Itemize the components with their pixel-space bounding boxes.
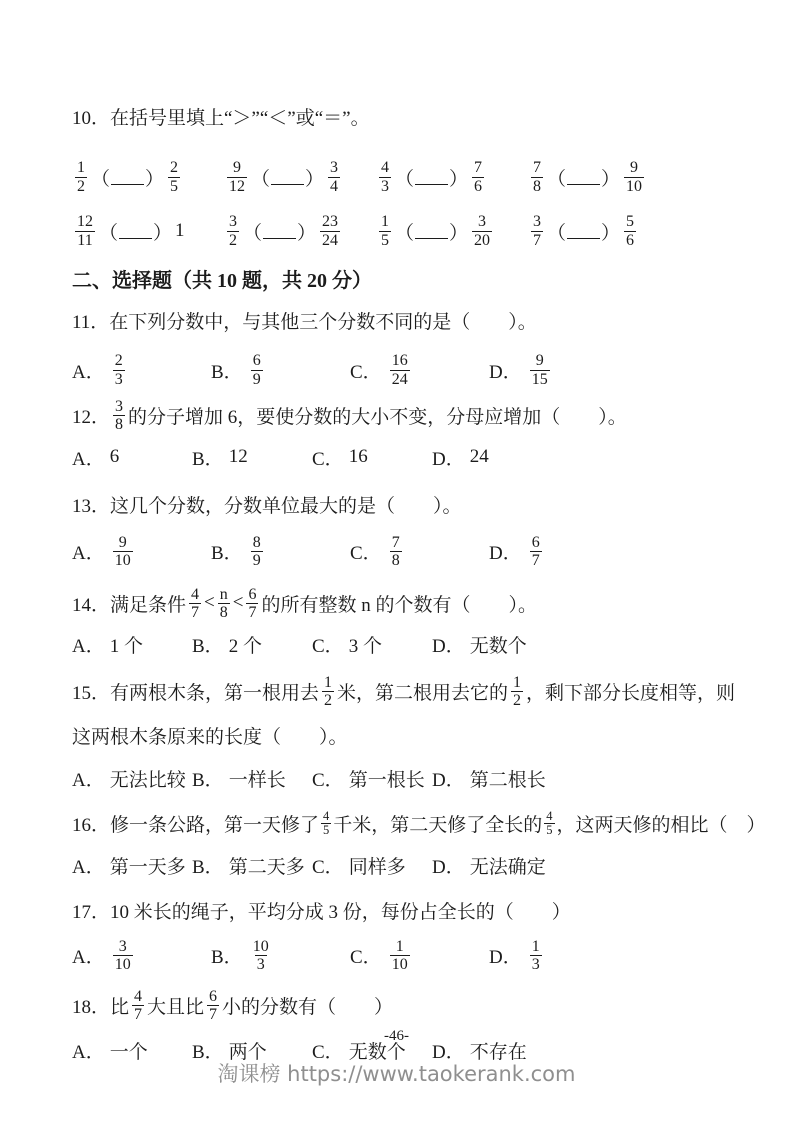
option-label: D．	[432, 631, 465, 658]
option-a: A．1 个	[72, 631, 192, 658]
section-heading: 二、选择题（共 10 题，共 20 分）	[72, 264, 767, 293]
option-value: 第一天多	[110, 852, 186, 879]
numerator: 6	[251, 352, 263, 369]
option-label: A．	[72, 538, 105, 565]
denominator: 24	[390, 370, 410, 388]
right-fraction: 2324	[320, 213, 340, 249]
left-fraction: 78	[531, 159, 543, 195]
question-17-options: A．310 B．103 C．110 D．13	[72, 934, 767, 978]
numerator: 4	[544, 810, 554, 824]
question-text: 18．比	[72, 992, 129, 1019]
option-b: B．第二天多	[192, 852, 312, 879]
left-fraction: 15	[379, 213, 391, 249]
right-fraction: 34	[328, 159, 340, 195]
question-text: 的分子增加 6，要使分数的大小不变，分母应增加（ ）。	[128, 402, 627, 429]
numerator: 6	[246, 586, 258, 603]
numerator: 8	[251, 534, 263, 551]
numerator: 3	[113, 398, 125, 415]
denominator: 7	[189, 603, 201, 621]
option-fraction: 310	[113, 938, 133, 974]
question-12-options: A．6 B．12 C．16 D．24	[72, 444, 767, 471]
numerator: 23	[320, 213, 340, 230]
option-d: D．无数个	[432, 631, 552, 658]
paren-close: ）	[449, 218, 468, 245]
option-value: 12	[229, 446, 248, 468]
option-a: A．第一天多	[72, 852, 192, 879]
left-fraction: 912	[227, 159, 247, 195]
right-fraction: 320	[472, 213, 492, 249]
question-15-text-line2: 这两根木条原来的长度（ ）。	[72, 722, 767, 749]
option-fraction: 23	[113, 352, 125, 388]
inline-fraction: 67	[207, 988, 219, 1024]
numerator: 2	[168, 159, 180, 176]
right-fraction: 910	[624, 159, 644, 195]
option-label: B．	[211, 942, 243, 969]
option-value: 一样长	[229, 765, 286, 792]
option-label: B．	[192, 631, 224, 658]
page-number: -46-	[0, 1028, 793, 1045]
inline-fraction: 45	[321, 810, 331, 838]
denominator: 2	[227, 231, 239, 249]
denominator: 9	[251, 370, 263, 388]
question-text: ，剩下部分长度相等，则	[526, 678, 735, 705]
option-label: D．	[432, 765, 465, 792]
denominator: 5	[321, 823, 331, 838]
paren-open: （	[547, 218, 566, 245]
left-fraction: 1211	[75, 213, 95, 249]
answer-blank	[271, 170, 304, 185]
option-a: A．23	[72, 352, 211, 388]
option-label: A．	[72, 942, 105, 969]
question-17-text: 17．10 米长的绳子，平均分成 3 份，每份占全长的（ ）	[72, 897, 767, 924]
numerator: n	[218, 586, 230, 603]
inline-fraction: 47	[189, 586, 201, 622]
denominator: 8	[390, 551, 402, 569]
question-text: 14．满足条件	[72, 590, 186, 617]
denominator: 4	[328, 177, 340, 195]
denominator: 2	[511, 691, 523, 709]
option-c: C．78	[350, 534, 489, 570]
denominator: 5	[544, 823, 554, 838]
option-a: A．910	[72, 534, 211, 570]
denominator: 10	[113, 955, 133, 973]
option-c: C．同样多	[312, 852, 432, 879]
less-than-sign: <	[233, 592, 244, 614]
question-text: 大且比	[147, 992, 204, 1019]
numerator: 7	[531, 159, 543, 176]
inline-fraction: 47	[132, 988, 144, 1024]
option-value: 24	[470, 446, 489, 468]
numerator: 9	[117, 534, 129, 551]
numerator: 9	[534, 352, 546, 369]
denominator: 7	[132, 1005, 144, 1023]
option-fraction: 110	[390, 938, 410, 974]
option-fraction: 910	[113, 534, 133, 570]
answer-blank	[263, 224, 296, 239]
comparison-row-1: 12 （） 25 912 （） 34 43 （） 76 78 （） 910	[72, 154, 767, 200]
whole-number: 1	[175, 220, 185, 242]
denominator: 8	[113, 415, 125, 433]
option-label: A．	[72, 357, 105, 384]
numerator: 5	[624, 213, 636, 230]
option-value: 无法确定	[470, 852, 546, 879]
denominator: 3	[379, 177, 391, 195]
denominator: 9	[251, 551, 263, 569]
question-text: 千米，第二天修了全长的	[333, 810, 542, 837]
denominator: 3	[255, 955, 267, 973]
numerator: 10	[251, 938, 271, 955]
question-14-text: 14．满足条件 47 < n8 < 67 的所有整数 n 的个数有（ ）。	[72, 586, 767, 622]
option-label: C．	[312, 444, 344, 471]
option-a: A．无法比较	[72, 765, 192, 792]
inline-fraction: 12	[322, 674, 334, 710]
option-label: C．	[350, 538, 382, 565]
denominator: 10	[390, 955, 410, 973]
question-15-options: A．无法比较 B．一样长 C．第一根长 D．第二根长	[72, 765, 767, 792]
question-14-options: A．1 个 B．2 个 C．3 个 D．无数个	[72, 631, 767, 658]
numerator: 4	[321, 810, 331, 824]
numerator: 3	[227, 213, 239, 230]
denominator: 15	[530, 370, 550, 388]
option-label: C．	[312, 631, 344, 658]
option-fraction: 67	[530, 534, 542, 570]
numerator: 2	[113, 352, 125, 369]
option-a: A．310	[72, 938, 211, 974]
denominator: 5	[379, 231, 391, 249]
inline-fraction: 12	[511, 674, 523, 710]
numerator: 3	[531, 213, 543, 230]
option-d: D．24	[432, 444, 552, 471]
numerator: 12	[75, 213, 95, 230]
inline-fraction: 67	[246, 586, 258, 622]
question-10-heading: 10．在括号里填上“＞”“＜”或“＝”。	[72, 103, 767, 130]
question-16-text: 16．修一条公路，第一天修了 45 千米，第二天修了全长的 45 ，这两天修的相…	[72, 810, 767, 838]
option-value: 6	[110, 446, 120, 468]
question-text: 小的分数有（ ）	[222, 992, 393, 1019]
question-text: ，这两天修的相比（ ）	[557, 810, 766, 837]
option-d: D．67	[489, 534, 628, 570]
worksheet-page: 10．在括号里填上“＞”“＜”或“＝”。 12 （） 25 912 （） 34 …	[0, 0, 793, 1122]
option-b: B．12	[192, 444, 312, 471]
watermark-site-text: 淘课榜 https://www.taokerank.com	[0, 1058, 793, 1088]
option-b: B．69	[211, 352, 350, 388]
option-label: B．	[192, 444, 224, 471]
option-value: 3 个	[349, 631, 382, 658]
option-value: 无数个	[470, 631, 527, 658]
option-value: 1 个	[110, 631, 143, 658]
denominator: 6	[624, 231, 636, 249]
denominator: 2	[75, 177, 87, 195]
option-label: B．	[211, 357, 243, 384]
question-text: 16．修一条公路，第一天修了	[72, 810, 319, 837]
option-label: B．	[192, 765, 224, 792]
inline-fraction: 45	[544, 810, 554, 838]
denominator: 7	[246, 603, 258, 621]
question-15-text-line1: 15．有两根木条，第一根用去 12 米，第二根用去它的 12 ，剩下部分长度相等…	[72, 674, 767, 710]
denominator: 5	[168, 177, 180, 195]
question-13-text: 13．这几个分数，分数单位最大的是（ ）。	[72, 491, 767, 518]
answer-blank	[415, 224, 448, 239]
comparison-item: 43 （） 76	[376, 159, 528, 195]
option-fraction: 103	[251, 938, 271, 974]
paren-open: （	[395, 218, 414, 245]
option-b: B．一样长	[192, 765, 312, 792]
comparison-row-2: 1211 （） 1 32 （） 2324 15 （） 320 37 （） 56	[72, 208, 767, 254]
option-label: A．	[72, 631, 105, 658]
paren-close: ）	[297, 218, 316, 245]
option-c: C．110	[350, 938, 489, 974]
option-fraction: 1624	[390, 352, 410, 388]
less-than-sign: <	[204, 592, 215, 614]
comparison-item: 912 （） 34	[224, 159, 376, 195]
option-label: D．	[489, 942, 522, 969]
option-fraction: 915	[530, 352, 550, 388]
question-11-text: 11．在下列分数中，与其他三个分数不同的是（ ）。	[72, 307, 767, 334]
numerator: 9	[231, 159, 243, 176]
option-value: 第二天多	[229, 852, 305, 879]
option-label: C．	[312, 852, 344, 879]
paren-open: （	[395, 164, 414, 191]
option-label: C．	[312, 765, 344, 792]
denominator: 12	[227, 177, 247, 195]
numerator: 4	[189, 586, 201, 603]
option-label: C．	[350, 357, 382, 384]
numerator: 1	[394, 938, 406, 955]
denominator: 24	[320, 231, 340, 249]
option-value: 2 个	[229, 631, 262, 658]
option-fraction: 78	[390, 534, 402, 570]
denominator: 3	[113, 370, 125, 388]
comparison-item: 15 （） 320	[376, 213, 528, 249]
option-c: C．16	[312, 444, 432, 471]
option-label: A．	[72, 444, 105, 471]
option-b: B．89	[211, 534, 350, 570]
paren-close: ）	[449, 164, 468, 191]
option-label: B．	[192, 852, 224, 879]
option-d: D．915	[489, 352, 628, 388]
question-13-options: A．910 B．89 C．78 D．67	[72, 530, 767, 574]
denominator: 6	[472, 177, 484, 195]
option-b: B．103	[211, 938, 350, 974]
answer-blank	[567, 170, 600, 185]
denominator: 10	[624, 177, 644, 195]
option-d: D．无法确定	[432, 852, 552, 879]
option-label: D．	[489, 357, 522, 384]
option-value: 16	[349, 446, 368, 468]
question-text: 米，第二根用去它的	[337, 678, 508, 705]
question-18-text: 18．比 47 大且比 67 小的分数有（ ）	[72, 988, 767, 1024]
numerator: 9	[628, 159, 640, 176]
option-a: A．6	[72, 444, 192, 471]
left-fraction: 32	[227, 213, 239, 249]
denominator: 7	[207, 1005, 219, 1023]
paren-close: ）	[305, 164, 324, 191]
numerator: 1	[511, 674, 523, 691]
option-c: C．第一根长	[312, 765, 432, 792]
option-d: D．第二根长	[432, 765, 552, 792]
paren-open: （	[99, 218, 118, 245]
option-d: D．13	[489, 938, 628, 974]
right-fraction: 25	[168, 159, 180, 195]
option-label: A．	[72, 765, 105, 792]
paren-close: ）	[601, 164, 620, 191]
numerator: 7	[472, 159, 484, 176]
comparison-item: 12 （） 25	[72, 159, 224, 195]
comparison-item: 37 （） 56	[528, 213, 680, 249]
numerator: 1	[75, 159, 87, 176]
question-11-options: A．23 B．69 C．1624 D．915	[72, 348, 767, 392]
denominator: 2	[322, 691, 334, 709]
paren-close: ）	[153, 218, 172, 245]
option-fraction: 69	[251, 352, 263, 388]
denominator: 8	[218, 603, 230, 621]
option-b: B．2 个	[192, 631, 312, 658]
option-value: 第二根长	[470, 765, 546, 792]
paren-open: （	[243, 218, 262, 245]
option-value: 第一根长	[349, 765, 425, 792]
option-label: D．	[489, 538, 522, 565]
denominator: 11	[75, 231, 94, 249]
numerator: 3	[117, 938, 129, 955]
question-text: 的所有整数 n 的个数有（ ）。	[261, 590, 537, 617]
numerator: 3	[328, 159, 340, 176]
numerator: 4	[132, 988, 144, 1005]
denominator: 7	[530, 551, 542, 569]
option-label: A．	[72, 852, 105, 879]
comparison-item: 32 （） 2324	[224, 213, 376, 249]
left-fraction: 43	[379, 159, 391, 195]
numerator: 3	[476, 213, 488, 230]
question-text: 15．有两根木条，第一根用去	[72, 678, 319, 705]
inline-fraction: n8	[218, 586, 230, 622]
comparison-item: 1211 （） 1	[72, 213, 224, 249]
option-fraction: 89	[251, 534, 263, 570]
left-fraction: 37	[531, 213, 543, 249]
numerator: 16	[390, 352, 410, 369]
question-12-text: 12． 38 的分子增加 6，要使分数的大小不变，分母应增加（ ）。	[72, 398, 767, 434]
numerator: 1	[322, 674, 334, 691]
right-fraction: 56	[624, 213, 636, 249]
denominator: 8	[531, 177, 543, 195]
paren-open: （	[251, 164, 270, 191]
option-label: D．	[432, 444, 465, 471]
denominator: 7	[531, 231, 543, 249]
inline-fraction: 38	[113, 398, 125, 434]
numerator: 1	[379, 213, 391, 230]
option-fraction: 13	[530, 938, 542, 974]
answer-blank	[119, 224, 152, 239]
option-value: 同样多	[349, 852, 406, 879]
comparison-item: 78 （） 910	[528, 159, 680, 195]
paren-open: （	[91, 164, 110, 191]
paren-close: ）	[601, 218, 620, 245]
option-label: B．	[211, 538, 243, 565]
numerator: 6	[207, 988, 219, 1005]
option-label: D．	[432, 852, 465, 879]
numerator: 1	[530, 938, 542, 955]
denominator: 20	[472, 231, 492, 249]
numerator: 4	[379, 159, 391, 176]
answer-blank	[567, 224, 600, 239]
question-number: 12．	[72, 402, 110, 429]
question-16-options: A．第一天多 B．第二天多 C．同样多 D．无法确定	[72, 852, 767, 879]
paren-close: ）	[145, 164, 164, 191]
option-label: C．	[350, 942, 382, 969]
answer-blank	[415, 170, 448, 185]
denominator: 10	[113, 551, 133, 569]
answer-blank	[111, 170, 144, 185]
numerator: 7	[390, 534, 402, 551]
right-fraction: 76	[472, 159, 484, 195]
left-fraction: 12	[75, 159, 87, 195]
option-c: C．3 个	[312, 631, 432, 658]
denominator: 3	[530, 955, 542, 973]
numerator: 6	[530, 534, 542, 551]
option-value: 无法比较	[110, 765, 186, 792]
option-c: C．1624	[350, 352, 489, 388]
paren-open: （	[547, 164, 566, 191]
